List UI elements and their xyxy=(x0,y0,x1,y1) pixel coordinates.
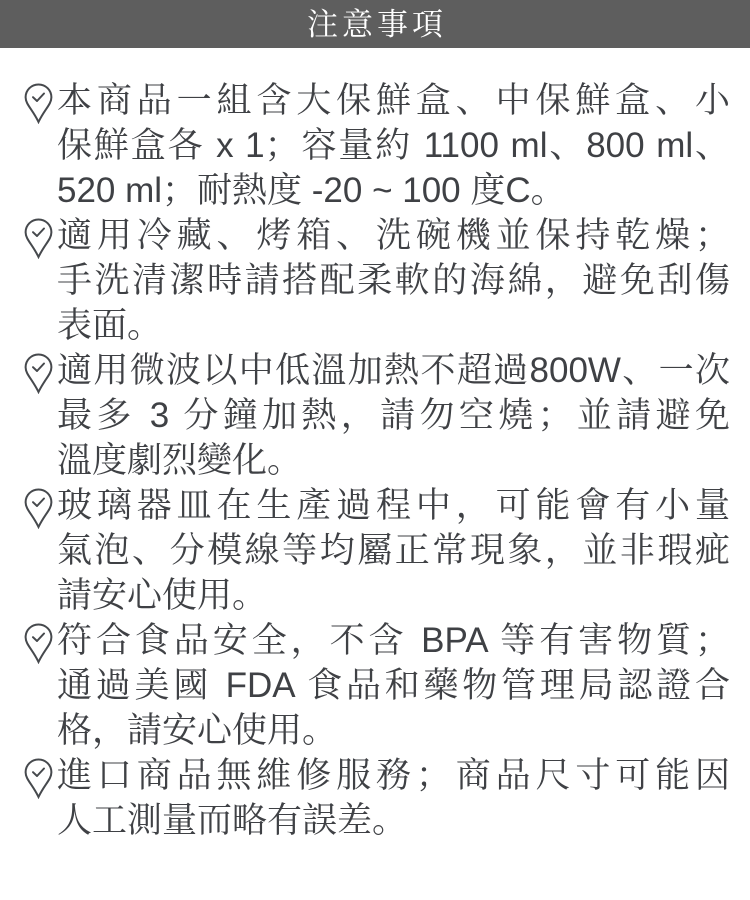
note-text: 適用冷藏、烤箱、洗碗機並保持乾燥； 手洗清潔時請搭配柔軟的海綿，避免刮傷 表面。 xyxy=(57,213,730,348)
note-line: 格，請安心使用。 xyxy=(57,708,730,753)
pin-check-icon xyxy=(24,83,53,124)
pin-check-icon xyxy=(24,218,53,259)
note-line: 手洗清潔時請搭配柔軟的海綿，避免刮傷 xyxy=(57,258,730,303)
pin-check-icon xyxy=(24,758,53,799)
note-line: 氣泡、分模線等均屬正常現象，並非瑕疵 xyxy=(57,528,730,573)
note-line: 符合食品安全，不含 BPA 等有害物質； xyxy=(57,618,730,663)
note-line: 通過美國 FDA 食品和藥物管理局認證合 xyxy=(57,663,730,708)
pin-check-icon xyxy=(24,488,53,529)
note-item: 本商品一組含大保鮮盒、中保鮮盒、小 保鮮盒各 x 1；容量約 1100 ml、8… xyxy=(24,78,730,213)
note-line: 請安心使用。 xyxy=(57,573,730,618)
notice-header: 注意事項 xyxy=(0,0,750,48)
note-line: 520 ml；耐熱度 -20 ~ 100 度C。 xyxy=(57,168,730,213)
note-text: 適用微波以中低溫加熱不超過800W、一次 最多 3 分鐘加熱，請勿空燒；並請避免… xyxy=(57,348,730,483)
note-line: 保鮮盒各 x 1；容量約 1100 ml、800 ml、 xyxy=(57,123,730,168)
note-line: 本商品一組含大保鮮盒、中保鮮盒、小 xyxy=(57,78,730,123)
note-text: 玻璃器皿在生產過程中，可能會有小量 氣泡、分模線等均屬正常現象，並非瑕疵 請安心… xyxy=(57,483,730,618)
note-line: 玻璃器皿在生產過程中，可能會有小量 xyxy=(57,483,730,528)
note-item: 進口商品無維修服務；商品尺寸可能因 人工測量而略有誤差。 xyxy=(24,753,730,843)
note-text: 本商品一組含大保鮮盒、中保鮮盒、小 保鮮盒各 x 1；容量約 1100 ml、8… xyxy=(57,78,730,213)
note-text: 進口商品無維修服務；商品尺寸可能因 人工測量而略有誤差。 xyxy=(57,753,730,843)
note-line: 進口商品無維修服務；商品尺寸可能因 xyxy=(57,753,730,798)
pin-check-icon xyxy=(24,353,53,394)
note-line: 溫度劇烈變化。 xyxy=(57,438,730,483)
product-notice-page: 注意事項 本商品一組含大保鮮盒、中保鮮盒、小 保鮮盒各 x 1；容量約 1100… xyxy=(0,0,750,900)
note-line: 人工測量而略有誤差。 xyxy=(57,798,730,843)
notes-list: 本商品一組含大保鮮盒、中保鮮盒、小 保鮮盒各 x 1；容量約 1100 ml、8… xyxy=(0,48,750,843)
note-item: 符合食品安全，不含 BPA 等有害物質； 通過美國 FDA 食品和藥物管理局認證… xyxy=(24,618,730,753)
notice-title: 注意事項 xyxy=(303,9,447,40)
note-line: 表面。 xyxy=(57,303,730,348)
note-text: 符合食品安全，不含 BPA 等有害物質； 通過美國 FDA 食品和藥物管理局認證… xyxy=(57,618,730,753)
note-item: 玻璃器皿在生產過程中，可能會有小量 氣泡、分模線等均屬正常現象，並非瑕疵 請安心… xyxy=(24,483,730,618)
note-item: 適用冷藏、烤箱、洗碗機並保持乾燥； 手洗清潔時請搭配柔軟的海綿，避免刮傷 表面。 xyxy=(24,213,730,348)
pin-check-icon xyxy=(24,623,53,664)
note-line: 適用冷藏、烤箱、洗碗機並保持乾燥； xyxy=(57,213,730,258)
note-item: 適用微波以中低溫加熱不超過800W、一次 最多 3 分鐘加熱，請勿空燒；並請避免… xyxy=(24,348,730,483)
note-line: 最多 3 分鐘加熱，請勿空燒；並請避免 xyxy=(57,393,730,438)
note-line: 適用微波以中低溫加熱不超過800W、一次 xyxy=(57,348,730,393)
